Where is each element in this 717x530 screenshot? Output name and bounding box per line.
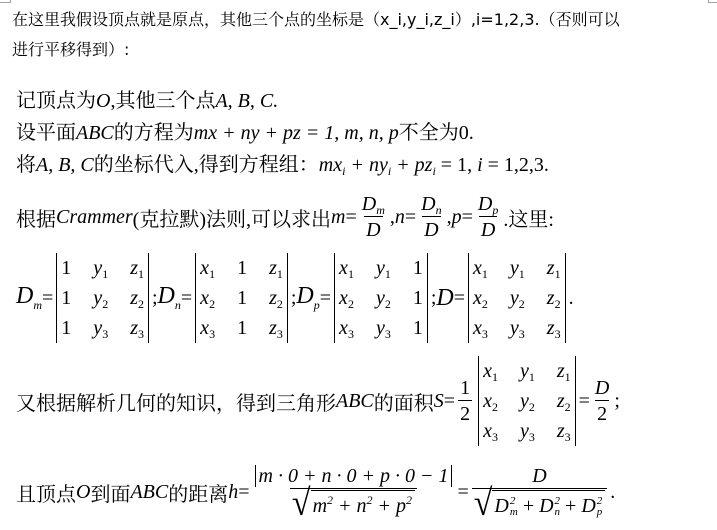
var-ABC: ABC: [76, 122, 114, 144]
statement-vertex: 记顶点为O,其他三个点A, B, C.: [16, 84, 278, 113]
matrix-cell: y3: [376, 313, 391, 343]
matrix-cell: z3: [269, 313, 283, 343]
matrix-cell: x1: [473, 253, 488, 283]
var-ABC: ABC: [336, 390, 374, 413]
text: 到面: [90, 478, 130, 507]
period: .: [610, 481, 615, 504]
denominator: D: [364, 216, 382, 243]
cramer-name: Crammer: [56, 206, 133, 229]
numerator: Dn: [419, 192, 443, 216]
statement-plane-equation: 设平面ABC的方程为mx + ny + pz = 1, m, n, p不全为0.: [16, 116, 474, 145]
var-p: p: [452, 206, 462, 229]
text: = 1,2,3.: [483, 154, 549, 176]
equals: =: [405, 206, 416, 229]
period: .: [569, 287, 574, 310]
denominator: √m2 + n2 + p2: [290, 488, 417, 521]
text-boundary-mark: [708, 0, 709, 3]
points-ABC: A, B, C.: [215, 90, 278, 112]
intro-line-2: 进行平移得到）:: [12, 37, 129, 60]
denominator: 2: [595, 400, 609, 427]
matrix-cell: 1: [61, 283, 71, 313]
text-boundary-mark: [0, 2, 10, 3]
numerator: Dm: [360, 192, 387, 216]
semicolon: ;: [614, 390, 620, 413]
text: 的面积: [374, 387, 434, 416]
matrix-cell: z2: [557, 386, 571, 416]
var-O: O: [96, 90, 110, 112]
determinant-Dp: x1y11x2y21x3y31: [334, 253, 428, 343]
matrix-cell: y2: [520, 386, 535, 416]
equals: =: [457, 481, 468, 504]
var-S: S: [434, 390, 444, 413]
square-root: √m2 + n2 + p2: [292, 489, 415, 519]
matrix-cell: z3: [557, 416, 571, 446]
text: 又根据解析几何的知识，得到三角形: [16, 387, 336, 416]
denominator: D: [422, 216, 440, 243]
label-Dn: Dn: [158, 283, 181, 313]
text: ,其他三个点: [110, 90, 215, 112]
equals: =: [345, 206, 356, 229]
matrix-cell: z2: [130, 283, 144, 313]
points-ABC: A, B, C: [36, 154, 94, 176]
matrix-cell: y2: [93, 283, 108, 313]
fraction-p: DpD: [476, 192, 500, 243]
text: 根据: [16, 203, 56, 232]
text: 的方程为: [114, 122, 194, 144]
text: 记顶点为: [16, 90, 96, 112]
var-m: m: [331, 206, 345, 229]
matrix-cell: x3: [483, 416, 498, 446]
absolute-value: m · 0 + n · 0 + p · 0 − 1: [255, 465, 453, 487]
radical-icon: √: [292, 487, 311, 520]
var-h: h: [228, 481, 238, 504]
text-boundary-mark: [10, 0, 11, 3]
numerator: Dp: [476, 192, 500, 216]
determinant-D: x1y1z1x2y2z2x3y3z3: [478, 356, 576, 446]
matrix-cell: z2: [269, 283, 283, 313]
matrix-cell: z3: [130, 313, 144, 343]
matrix-cell: y3: [520, 416, 535, 446]
denominator: D: [479, 216, 497, 243]
fraction-result: D √D2m + D2n + D2p: [472, 464, 608, 521]
equals: =: [320, 287, 331, 310]
matrix-cell: x2: [473, 283, 488, 313]
determinant-Dm: 1y1z11y2z21y3z3: [56, 253, 149, 343]
matrix-cell: z3: [547, 313, 561, 343]
fraction-n: DnD: [419, 192, 443, 243]
fraction-m: DmD: [360, 192, 387, 243]
determinant-Dn: x11z1x21z2x31z3: [195, 253, 288, 343]
equals: =: [181, 287, 192, 310]
determinants-line: Dm=1y1z11y2z21y3z3;Dn=x11z1x21z2x31z3;Dp…: [16, 252, 574, 344]
matrix-cell: y1: [520, 356, 535, 386]
var-ABC: ABC: [130, 481, 168, 504]
matrix-cell: z2: [547, 283, 561, 313]
matrix-cell: x3: [473, 313, 488, 343]
term-pz: + pz: [391, 154, 432, 176]
matrix-cell: x3: [339, 313, 354, 343]
text: = 1,: [436, 154, 477, 176]
var-O: O: [76, 481, 90, 504]
cramer-rule-line: 根据Crammer(克拉默)法则,可以求出 m = DmD ,n = DnD ,…: [16, 186, 554, 248]
term-mx: mx: [319, 154, 342, 176]
equals: =: [238, 481, 249, 504]
equals: =: [579, 390, 590, 413]
intro-line-1: 在这里我假设顶点就是原点，其他三个点的坐标是（x_i,y_i,z_i）,i=1,…: [12, 7, 620, 30]
matrix-cell: x1: [200, 253, 215, 283]
text: 的距离: [168, 478, 228, 507]
matrix-cell: 1: [237, 313, 247, 343]
label-Dp: Dp: [296, 283, 319, 313]
text: (克拉默)法则,可以求出: [133, 203, 331, 232]
matrix-cell: x1: [339, 253, 354, 283]
matrix-cell: y1: [376, 253, 391, 283]
fraction-half: 12: [458, 376, 472, 427]
denominator: 2: [458, 400, 472, 427]
matrix-cell: 1: [413, 313, 423, 343]
label-D: D: [436, 285, 453, 312]
matrix-cell: x2: [483, 386, 498, 416]
matrix-cell: 1: [61, 253, 71, 283]
matrix-cell: y3: [510, 313, 525, 343]
matrix-cell: x1: [483, 356, 498, 386]
fraction-D-over-2: D2: [593, 376, 611, 427]
matrix-cell: 1: [413, 253, 423, 283]
matrix-cell: y3: [93, 313, 108, 343]
text: .这里:: [503, 203, 554, 232]
matrix-cell: y1: [510, 253, 525, 283]
text: 设平面: [16, 122, 76, 144]
matrix-cell: 1: [237, 253, 247, 283]
matrix-cell: 1: [413, 283, 423, 313]
matrix-cell: z1: [130, 253, 144, 283]
determinant-D: x1y1z1x2y2z2x3y3z3: [475, 356, 579, 446]
text: 的坐标代入,得到方程组：: [94, 154, 319, 176]
matrix-cell: x2: [339, 283, 354, 313]
matrix-cell: y1: [93, 253, 108, 283]
plane-equation: mx + ny + pz = 1, m, n, p: [194, 122, 399, 144]
equals: =: [444, 390, 455, 413]
equals: =: [454, 287, 465, 310]
matrix-cell: y2: [376, 283, 391, 313]
denominator: √D2m + D2n + D2p: [472, 488, 608, 521]
numerator: m · 0 + n · 0 + p · 0 − 1: [253, 464, 455, 488]
var-n: n: [395, 206, 405, 229]
numerator: D: [530, 464, 548, 488]
matrix-cell: x2: [200, 283, 215, 313]
determinant-D: x1y1z1x2y2z2x3y3z3: [468, 253, 566, 343]
text: 不全为0.: [399, 122, 474, 144]
matrix-cell: z1: [557, 356, 571, 386]
text: 且顶点: [16, 478, 76, 507]
equals: =: [462, 206, 473, 229]
term-ny: + ny: [345, 154, 387, 176]
matrix-cell: y2: [510, 283, 525, 313]
text-boundary-mark: [708, 2, 717, 3]
distance-line: 且顶点O到面ABC的距离h = m · 0 + n · 0 + p · 0 − …: [16, 458, 615, 526]
text: 将: [16, 154, 36, 176]
matrix-cell: z1: [547, 253, 561, 283]
fraction-distance: m · 0 + n · 0 + p · 0 − 1 √m2 + n2 + p2: [253, 464, 455, 521]
triangle-area-line: 又根据解析几何的知识，得到三角形ABC的面积S = 12 x1y1z1x2y2z…: [16, 355, 620, 447]
numerator: D: [593, 376, 611, 400]
statement-system: 将A, B, C的坐标代入,得到方程组：mxi + nyi + pzi = 1,…: [16, 148, 549, 177]
square-root: √D2m + D2n + D2p: [474, 489, 606, 519]
matrix-cell: 1: [61, 313, 71, 343]
radical-icon: √: [474, 487, 493, 520]
numerator: 1: [458, 376, 472, 400]
label-Dm: Dm: [16, 283, 42, 313]
matrix-cell: z1: [269, 253, 283, 283]
matrix-cell: x3: [200, 313, 215, 343]
equals: =: [42, 287, 53, 310]
matrix-cell: 1: [237, 283, 247, 313]
